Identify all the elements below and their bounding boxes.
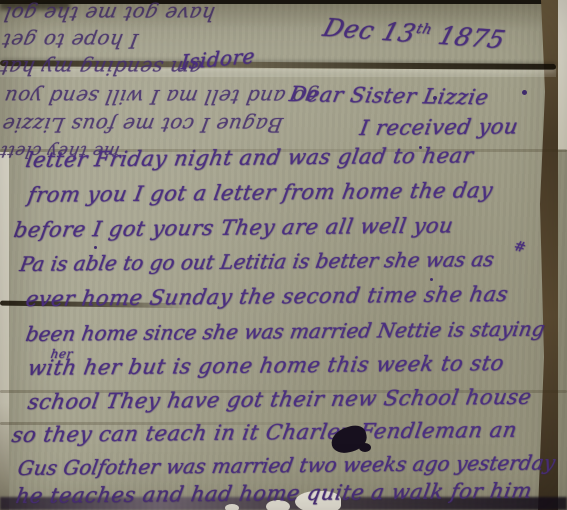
body-line-3: before I got yours They are all well you bbox=[12, 213, 455, 242]
body-line-9: so they can teach in it Charley Fendlema… bbox=[10, 418, 519, 447]
body-line-6: been home since she was married Nettie i… bbox=[24, 317, 547, 346]
ink-dot bbox=[419, 146, 422, 149]
ink-dot bbox=[433, 96, 437, 100]
ink-blot-small bbox=[359, 443, 371, 452]
inverted-line-3: am sending my hat bbox=[0, 56, 204, 80]
body-line-8: school They have got their new School ho… bbox=[26, 385, 534, 414]
date-day: Dec 13 bbox=[320, 13, 420, 48]
body-line-7: with her but is gone home this week to s… bbox=[26, 351, 506, 380]
body-line-5: ever home Sunday the second time she has bbox=[24, 282, 510, 311]
body-line-10: Gus Golfother was married two weeks ago … bbox=[16, 450, 557, 480]
body-line-1: letter Friday night and was glad to hear bbox=[24, 143, 475, 172]
inverted-line-1: have got me the gol bbox=[2, 2, 217, 26]
letter-scan: have got me the gol I hope to get am sen… bbox=[0, 0, 567, 510]
inverted-line-5: Bague I cot me fous Lizzie bbox=[0, 113, 285, 137]
salutation: Dear Sister Lizzie bbox=[287, 82, 491, 109]
opening-line: I received you bbox=[358, 114, 520, 140]
body-line-2: from you I got a letter from home the da… bbox=[26, 178, 495, 207]
ink-dot bbox=[430, 278, 433, 281]
ink-dot bbox=[522, 90, 527, 95]
paper-edge-left-backing bbox=[0, 152, 9, 510]
body-line-4: Pa is able to go out Letitia is better s… bbox=[18, 247, 496, 276]
ink-dot bbox=[94, 246, 97, 249]
inverted-line-4: go and tell ma I will send you bbox=[2, 85, 320, 109]
date-ordinal: th bbox=[414, 21, 434, 38]
inverted-line-2: I hope to get bbox=[0, 29, 140, 53]
interline-insert: her bbox=[50, 347, 74, 361]
date-year: 1875 bbox=[435, 21, 509, 54]
ink-mark: # bbox=[512, 238, 528, 256]
date: Dec 13th 1875 bbox=[320, 13, 509, 54]
